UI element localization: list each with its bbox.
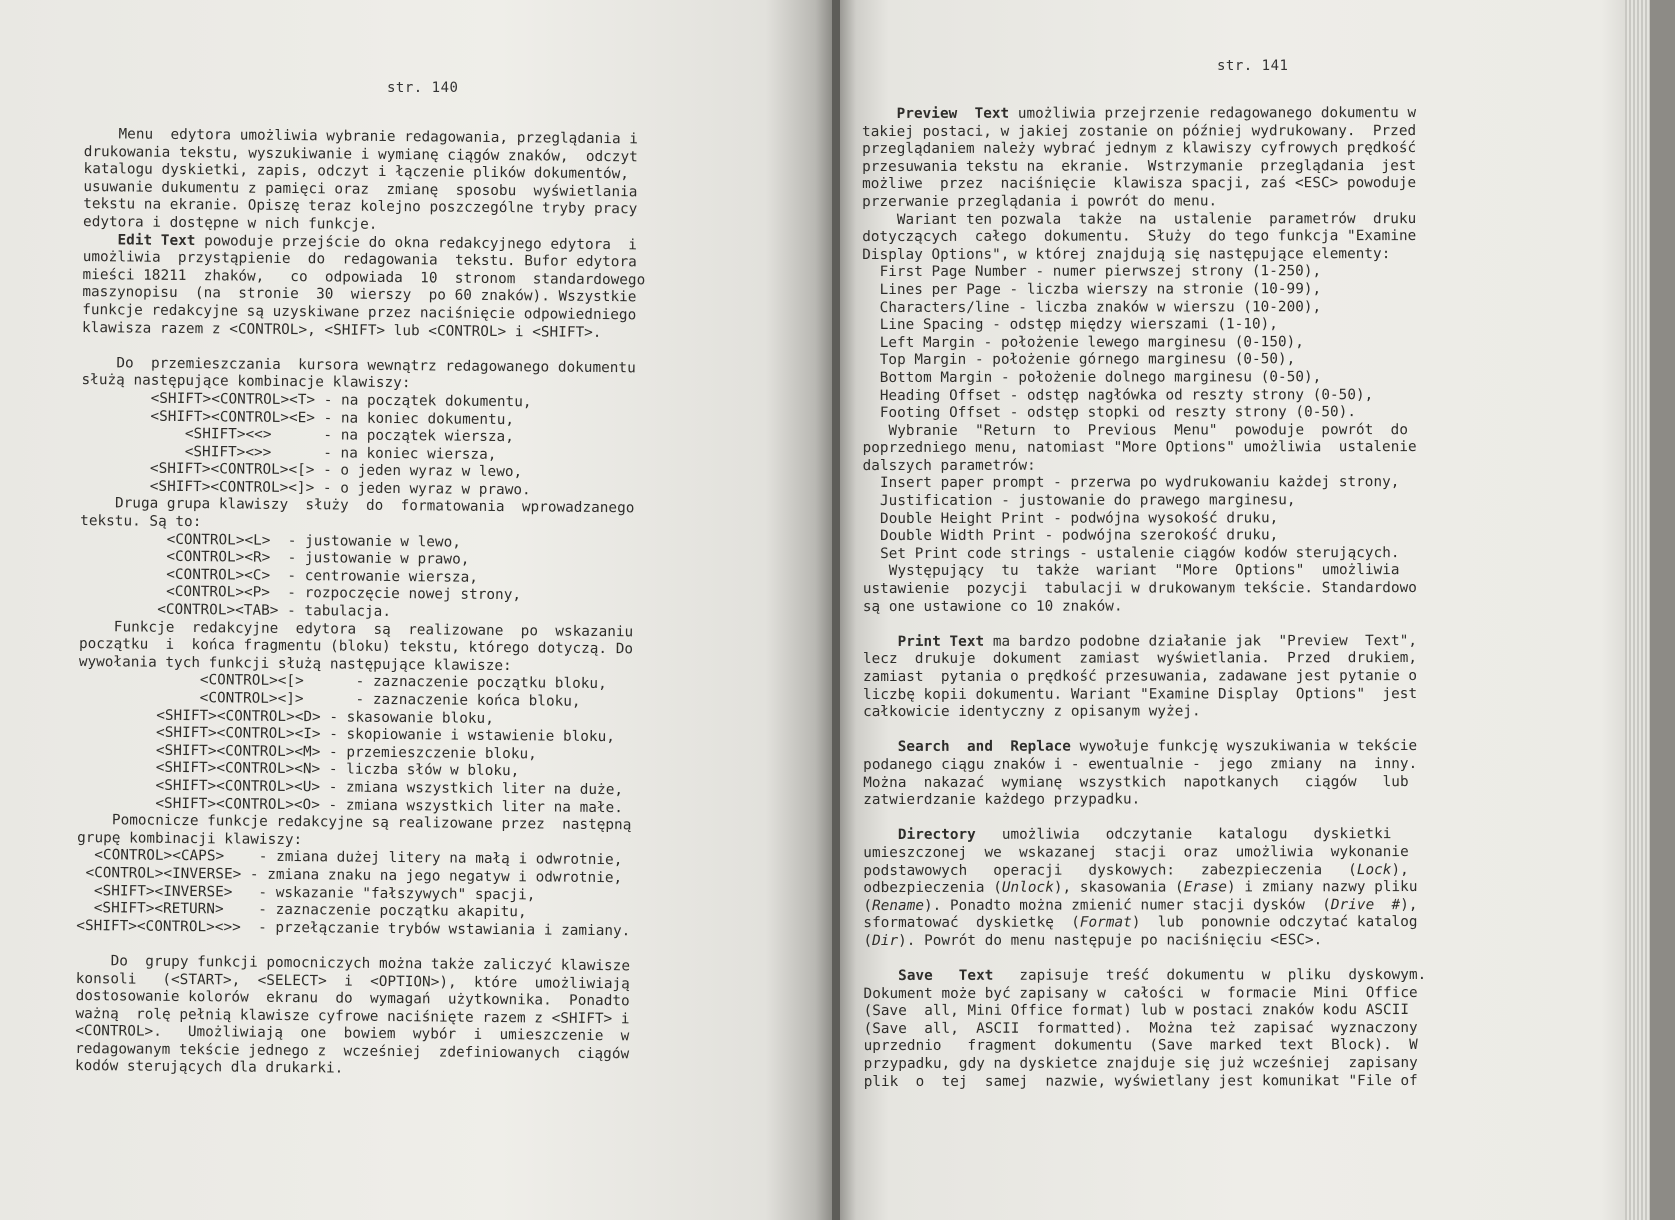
blank-line [863, 950, 1426, 969]
text-line: przeglądaniem należy wybrać jednym z kla… [862, 140, 1425, 159]
text-line: takiej postaci, w jakiej zostanie on póź… [862, 123, 1425, 142]
text-line: Wariant ten pozwala także na ustalenie p… [862, 211, 1425, 230]
text-line: uprzednio fragment dokumentu (Save marke… [864, 1037, 1427, 1056]
text-line: Directory umożliwia odczytanie katalogu … [863, 826, 1426, 845]
text-line: Set Print code strings - ustalenie ciągó… [863, 545, 1426, 564]
text-line: (Rename). Ponadto można zmienić numer st… [863, 897, 1426, 916]
left-page: str. 140 Menu edytora umożliwia wybranie… [0, 0, 832, 1220]
text-line: plik o tej samej nazwie, wyświetlany jes… [864, 1073, 1427, 1092]
text-line: (Save all, Mini Office format) lub w pos… [864, 1002, 1427, 1021]
text-line: Heading Offset - odstęp nagłówka od resz… [862, 387, 1425, 406]
blank-line [863, 615, 1426, 634]
text-line: Footing Offset - odstęp stopki od reszty… [863, 404, 1426, 423]
text-line: liczbę kopii dokumentu. Wariant "Examine… [863, 686, 1426, 705]
text-line: Double Width Print - podwójna szerokość … [863, 527, 1426, 546]
blank-line [863, 809, 1426, 828]
right-page: str. 141 Preview Text umożliwia przejrze… [840, 0, 1650, 1220]
page-number: str. 140 [387, 80, 458, 96]
text-line: poprzedniego menu, natomiast "More Optio… [863, 439, 1426, 458]
text-line: podanego ciągu znaków i - ewentualnie - … [863, 756, 1426, 775]
text-line: Save Text zapisuje treść dokumentu w pli… [864, 967, 1427, 986]
text-line: Line Spacing - odstęp między wierszami (… [862, 316, 1425, 335]
page-body-text: Menu edytora umożliwia wybranie redagowa… [75, 126, 647, 1081]
page-stack-edge [1625, 0, 1650, 1220]
text-line: dotyczących całego dokumentu. Służy do t… [862, 228, 1425, 247]
book-spread: str. 140 Menu edytora umożliwia wybranie… [0, 0, 1675, 1220]
text-line: dalszych parametrów: [863, 457, 1426, 476]
text-line: podstawowych operacji dyskowych: zabezpi… [863, 862, 1426, 881]
text-line: Print Text ma bardzo podobne działanie j… [863, 633, 1426, 652]
text-line: są one ustawione co 10 znaków. [863, 598, 1426, 617]
text-line: Występujący tu także wariant "More Optio… [863, 562, 1426, 581]
text-line: Characters/line - liczba znaków w wiersz… [862, 299, 1425, 318]
text-line: odbezpieczenia (Unlock), skasowania (Era… [863, 879, 1426, 898]
text-line: Wybranie "Return to Previous Menu" powod… [863, 422, 1426, 441]
text-line: Left Margin - położenie lewego marginesu… [862, 334, 1425, 353]
text-line: (Dir). Powrót do menu następuje po naciś… [863, 932, 1426, 951]
text-line: sformatować dyskietkę (Format) lub ponow… [863, 914, 1426, 933]
text-line: Preview Text umożliwia przejrzenie redag… [862, 105, 1425, 124]
text-line: Top Margin - położenie górnego marginesu… [862, 351, 1425, 370]
text-line: Search and Replace wywołuje funkcję wysz… [863, 738, 1426, 757]
text-line: przerwanie przeglądania i powrót do menu… [862, 193, 1425, 212]
book-gutter [832, 0, 840, 1220]
text-line: przypadku, gdy na dyskietce znajduje się… [864, 1055, 1427, 1074]
text-line: Dokument może być zapisany w całości w f… [864, 985, 1427, 1004]
text-line: (Save all, ASCII formatted). Można też z… [864, 1020, 1427, 1039]
text-line: zatwierdzanie każdego przypadku. [863, 791, 1426, 810]
page-number: str. 141 [1217, 58, 1288, 74]
text-line: Insert paper prompt - przerwa po wydruko… [863, 474, 1426, 493]
text-line: First Page Number - numer pierwszej stro… [862, 263, 1425, 282]
text-line: ustawienie pozycji tabulacji w drukowany… [863, 580, 1426, 599]
text-line: przesuwania tekstu na ekranie. Wstrzyman… [862, 158, 1425, 177]
text-line: całkowicie identyczny z opisanym wyżej. [863, 703, 1426, 722]
page-body-text: Preview Text umożliwia przejrzenie redag… [862, 105, 1426, 1091]
blank-line [863, 721, 1426, 740]
text-line: możliwe przez naciśnięcie klawisza spacj… [862, 175, 1425, 194]
text-line: lecz drukuje dokument zamiast wyświetlan… [863, 650, 1426, 669]
text-line: Bottom Margin - położenie dolnego margin… [862, 369, 1425, 388]
text-line: Display Options", w której znajdują się … [862, 246, 1425, 265]
text-line: Double Height Print - podwójna wysokość … [863, 510, 1426, 529]
text-line: Można nakazać wymianę wszystkich napotka… [863, 774, 1426, 793]
text-line: zamiast pytania o prędkość przesuwania, … [863, 668, 1426, 687]
text-line: Lines per Page - liczba wierszy na stron… [862, 281, 1425, 300]
text-line: umieszczonej we wskazanej stacji oraz um… [863, 844, 1426, 863]
text-line: Justification - justowanie do prawego ma… [863, 492, 1426, 511]
